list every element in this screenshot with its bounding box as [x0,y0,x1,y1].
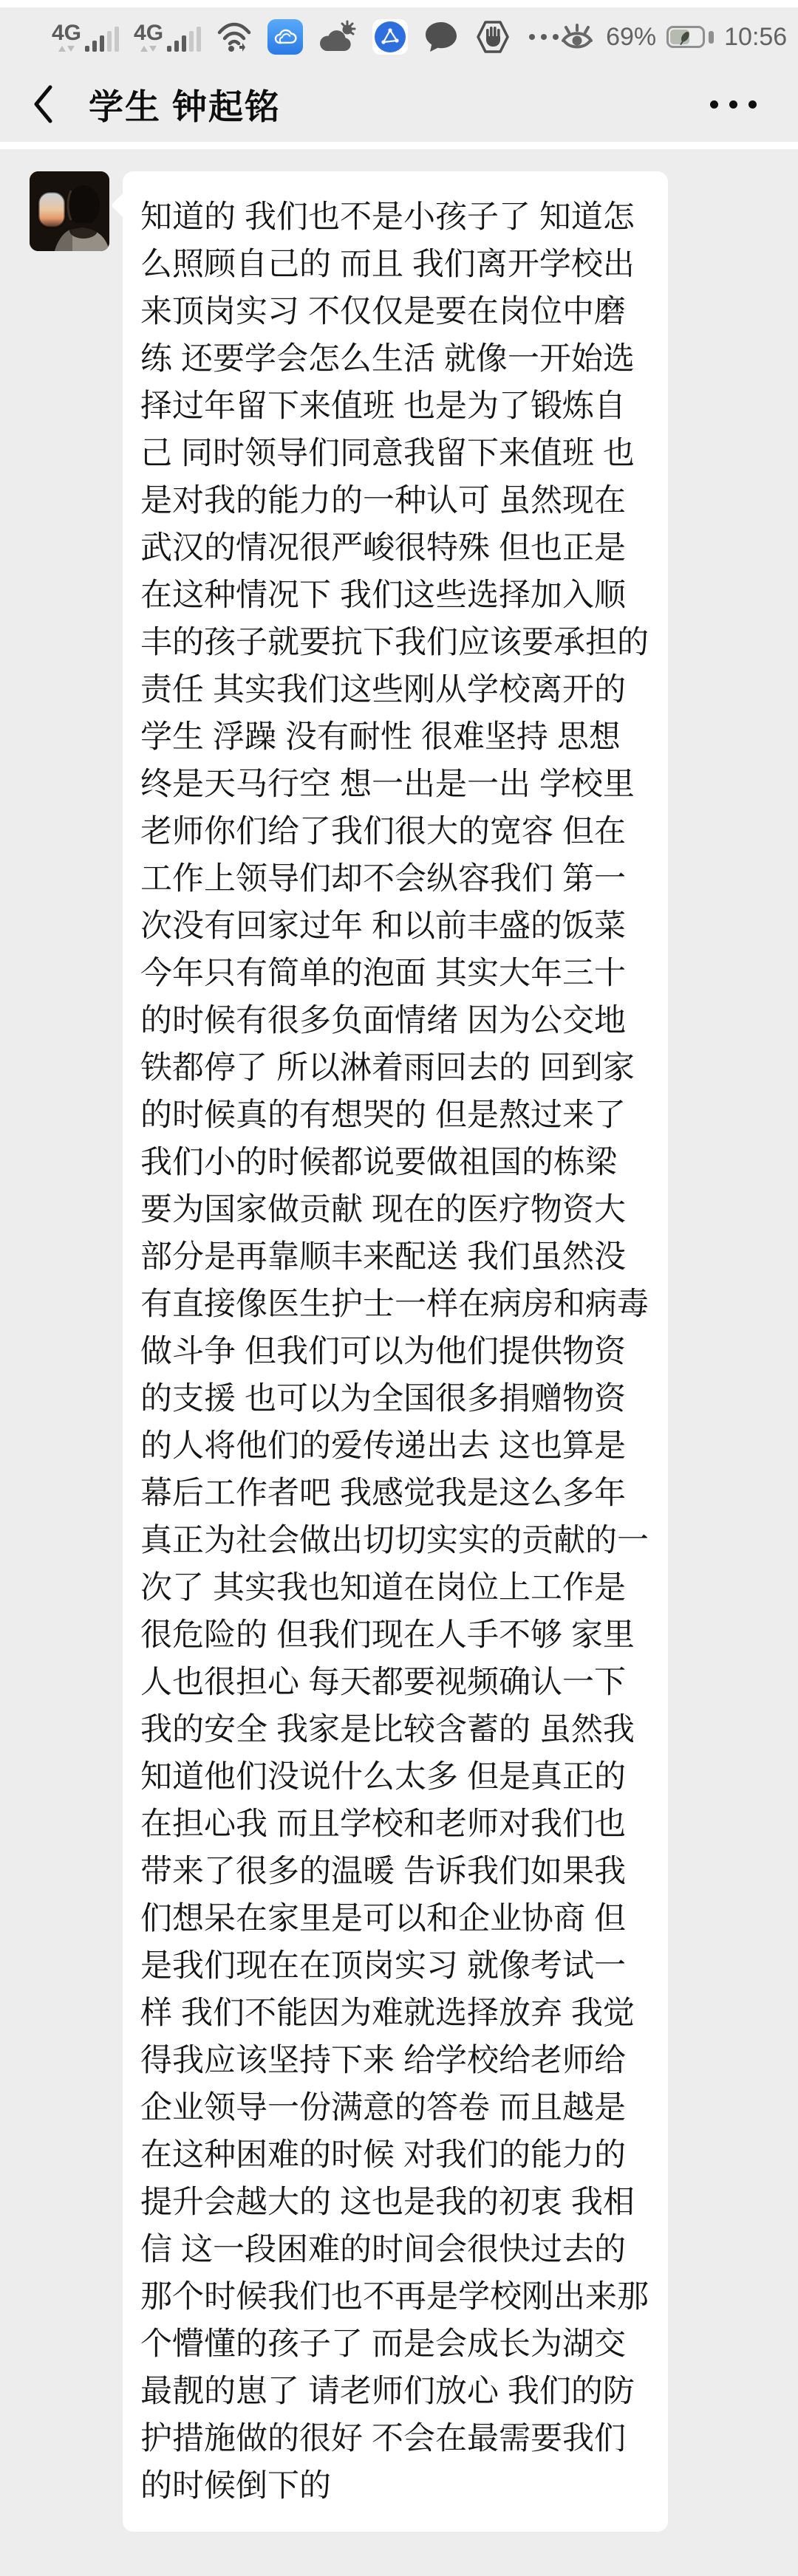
status-bar: 4G 4G [0,7,798,66]
status-right-icons: 69% 10:56 [559,21,787,52]
screen-top-edge [0,0,798,7]
messages-bubble-icon [423,20,460,54]
sim2-signal-bars-icon [167,27,201,52]
back-button[interactable] [31,82,56,126]
bubble-tail [111,193,136,218]
sim1-data-arrows-icon [58,46,75,52]
chevron-left-icon [31,82,56,126]
browser-globe-icon [372,19,408,55]
cloud-app-icon [267,19,303,55]
nav-bar: 学生 钟起铭 [0,66,798,142]
wifi-icon [216,21,253,53]
sim1-4g-label: 4G [52,22,81,44]
message-bubble[interactable]: 知道的 我们也不是小孩子了 知道怎么照顾自己的 而且 我们离开学校出来顶岗实习 … [123,171,668,2532]
status-time: 10:56 [724,23,787,52]
signal-4g-sim2-icon: 4G [134,22,201,52]
battery-percent: 69% [606,23,656,52]
nav-divider [0,142,798,149]
wechat-chat-screen: 4G 4G [0,0,798,2576]
eye-comfort-icon [559,21,596,52]
chat-area[interactable]: 知道的 我们也不是小孩子了 知道怎么照顾自己的 而且 我们离开学校出来顶岗实习 … [0,149,798,2532]
do-not-disturb-hand-icon [474,20,511,54]
weather-cloud-sun-icon [318,20,358,54]
sim1-signal-bars-icon [85,27,119,52]
sim2-4g-label: 4G [134,22,163,44]
sim2-data-arrows-icon [140,46,157,52]
chat-title: 学生 钟起铭 [89,80,281,129]
avatar[interactable] [30,171,109,251]
more-indicator-icon [529,34,559,40]
contact-photo-airplane-window-icon [30,171,109,251]
more-menu-button[interactable] [710,90,757,119]
battery-saver-icon [666,26,714,48]
status-left-icons: 4G 4G [52,19,559,55]
signal-4g-sim1-icon: 4G [52,22,119,52]
message-text: 知道的 我们也不是小孩子了 知道怎么照顾自己的 而且 我们离开学校出来顶岗实习 … [140,193,650,2510]
